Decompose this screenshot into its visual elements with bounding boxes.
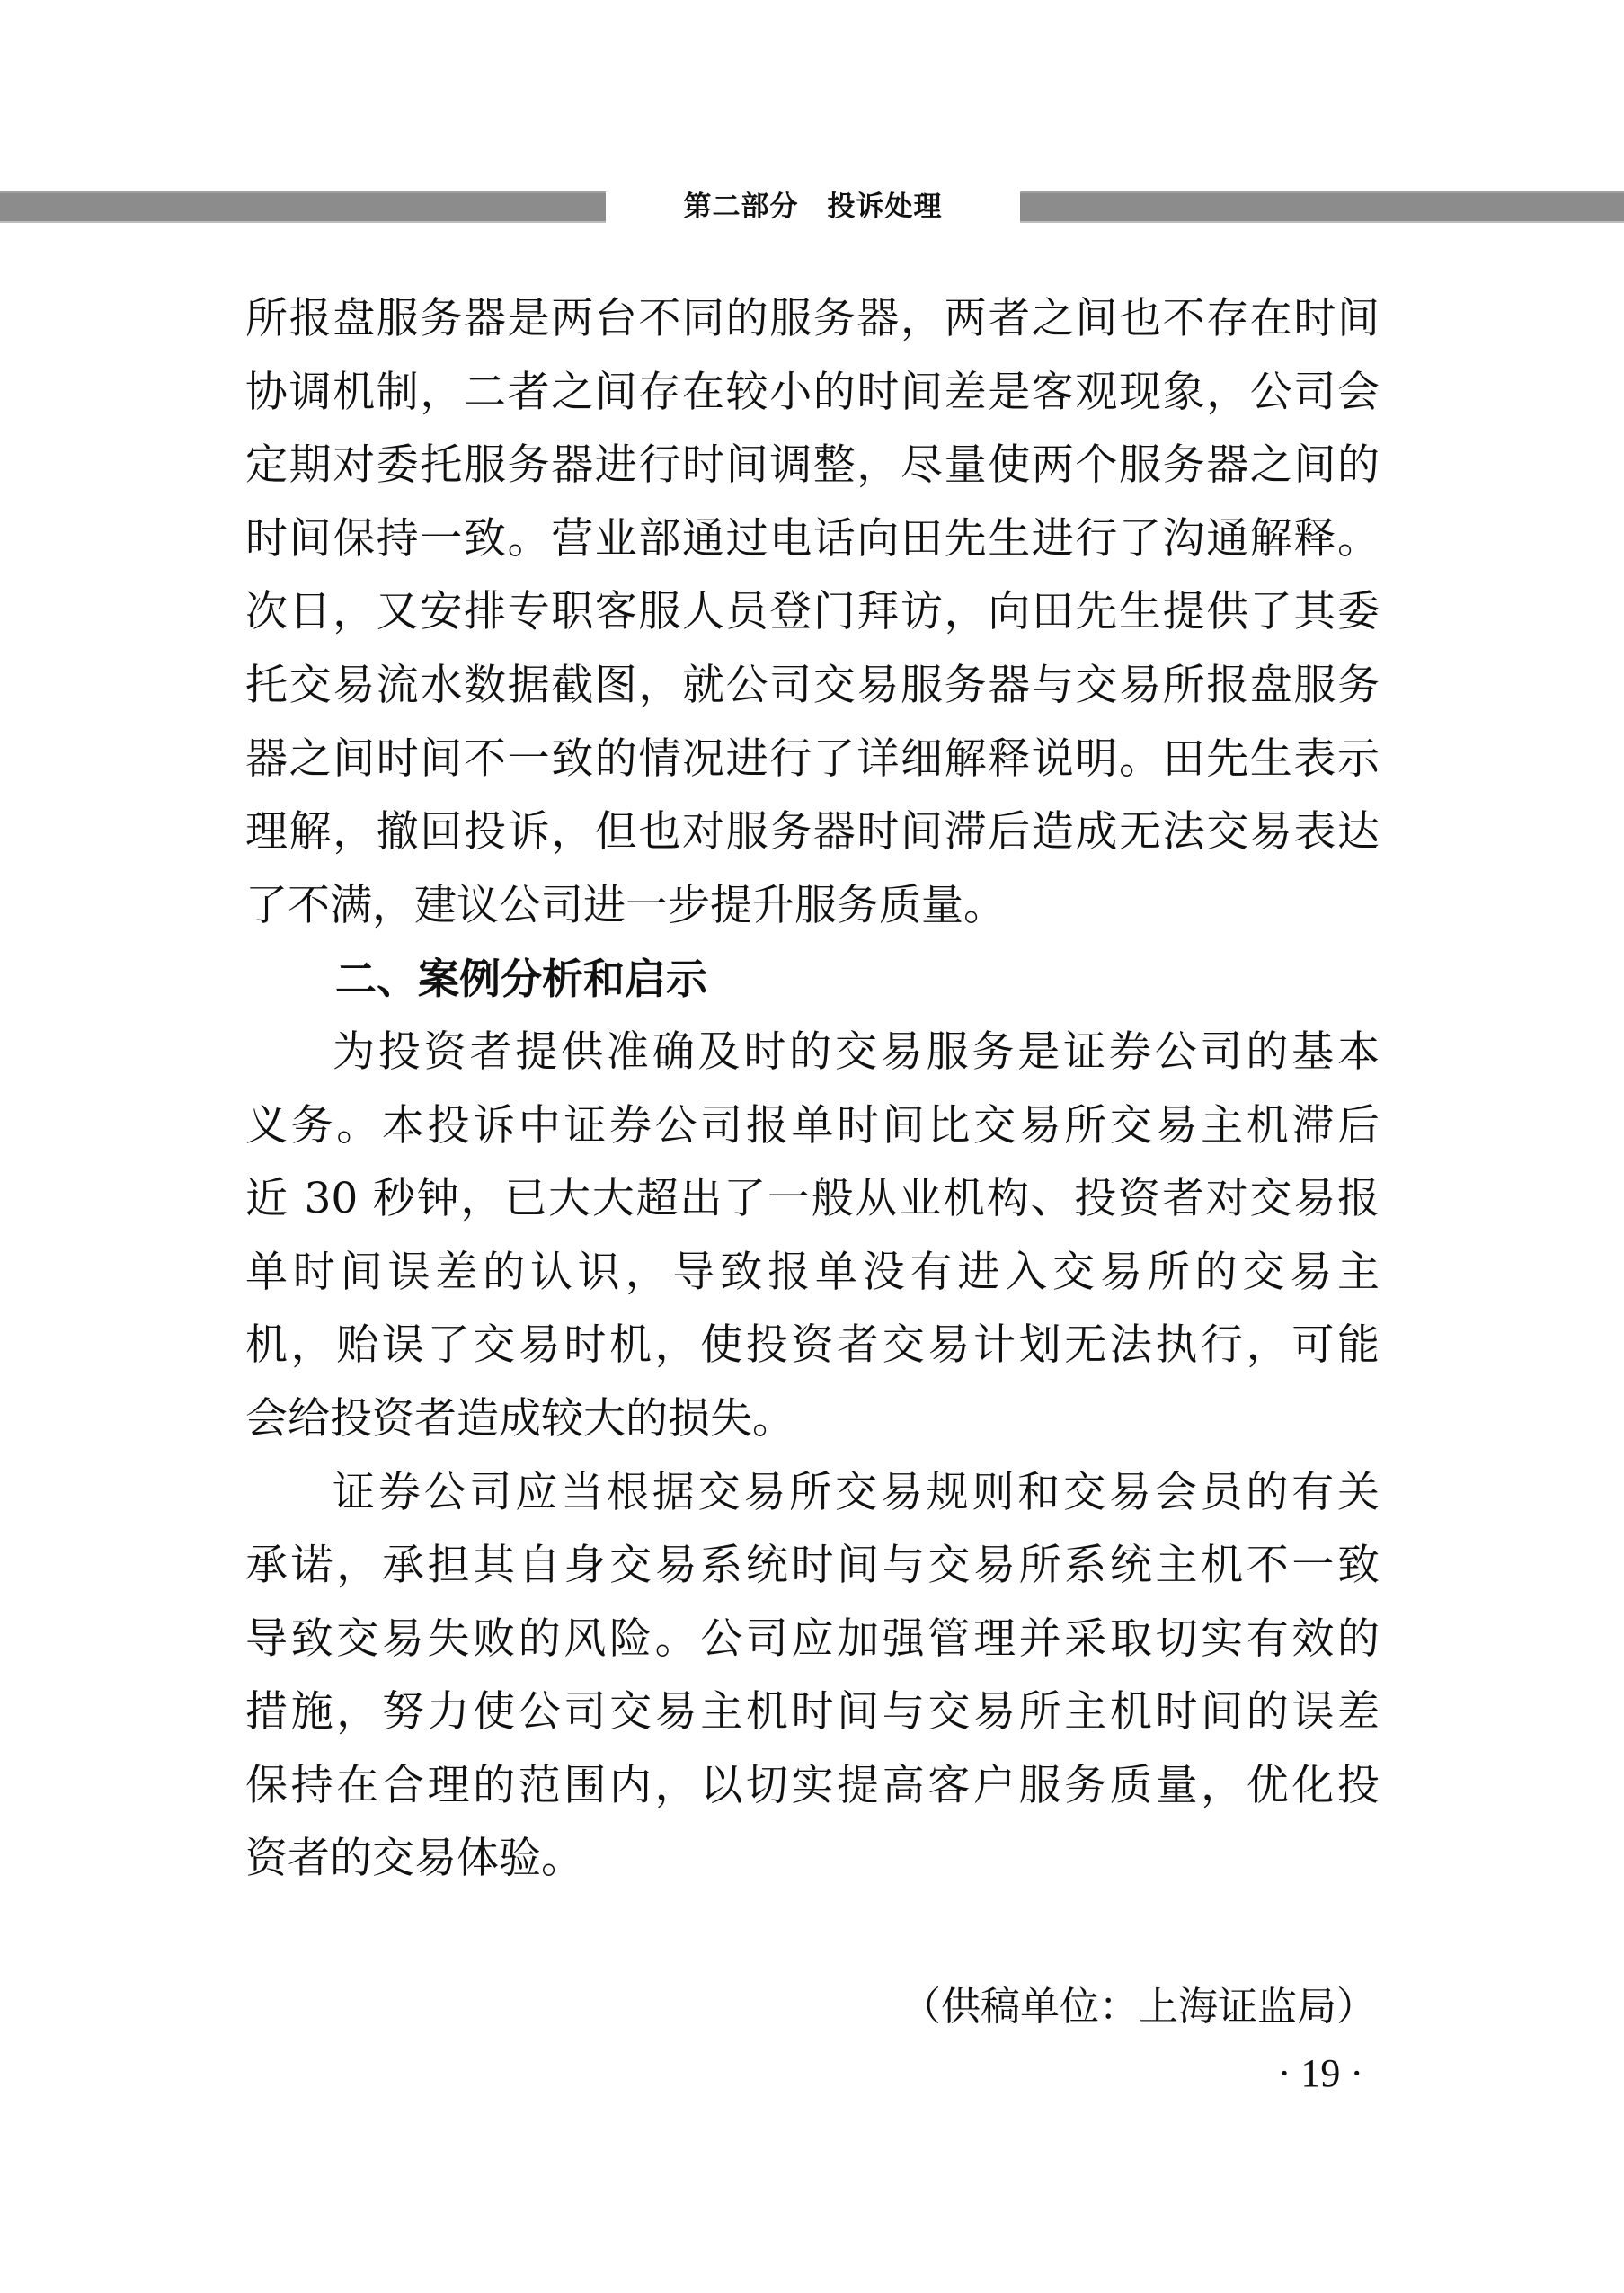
paragraph-line: 措施，努力使公司交易主机时间与交易所主机时间的误差: [245, 1683, 1380, 1756]
paragraph-line: 证券公司应当根据交易所交易规则和交易会员的有关: [245, 1463, 1380, 1537]
paragraph-line: 义务。本投诉中证券公司报单时间比交易所交易主机滞后: [245, 1097, 1380, 1170]
header-bar-left: [0, 191, 606, 223]
paragraph-line: 机，贻误了交易时机，使投资者交易计划无法执行，可能: [245, 1316, 1380, 1390]
paragraph-line: 导致交易失败的风险。公司应加强管理并采取切实有效的: [245, 1610, 1380, 1684]
paragraph-line: 器之间时间不一致的情况进行了详细解释说明。田先生表示: [245, 730, 1380, 804]
paragraph-line: 了不满，建议公司进一步提升服务质量。: [245, 876, 1380, 950]
paragraph-line: 托交易流水数据截图，就公司交易服务器与交易所报盘服务: [245, 656, 1380, 730]
paragraph-line: 协调机制，二者之间存在较小的时间差是客观现象，公司会: [245, 363, 1380, 437]
body-text: 所报盘服务器是两台不同的服务器，两者之间也不存在时间 协调机制，二者之间存在较小…: [245, 289, 1380, 1903]
paragraph-line: 为投资者提供准确及时的交易服务是证券公司的基本: [245, 1023, 1380, 1097]
paragraph-line: 次日，又安排专职客服人员登门拜访，向田先生提供了其委: [245, 582, 1380, 656]
paragraph-line: 单时间误差的认识，导致报单没有进入交易所的交易主: [245, 1243, 1380, 1317]
section-title: 第二部分 投诉处理: [606, 187, 1020, 227]
paragraph-line: 时间保持一致。营业部通过电话向田先生进行了沟通解释。: [245, 510, 1380, 583]
section-heading: 二、案例分析和启示: [245, 949, 1380, 1023]
paragraph-line: 理解，撤回投诉，但也对服务器时间滞后造成无法交易表达: [245, 803, 1380, 876]
paragraph-line: 承诺，承担其自身交易系统时间与交易所系统主机不一致: [245, 1536, 1380, 1610]
header-bar-right: [1020, 191, 1624, 223]
paragraph-line: 近 30 秒钟，已大大超出了一般从业机构、投资者对交易报: [245, 1169, 1380, 1243]
page-number: · 19 ·: [1278, 2049, 1363, 2098]
paragraph-line: 资者的交易体验。: [245, 1829, 1380, 1903]
paragraph-line: 保持在合理的范围内，以切实提高客户服务质量，优化投: [245, 1756, 1380, 1830]
paragraph-line: 所报盘服务器是两台不同的服务器，两者之间也不存在时间: [245, 289, 1380, 363]
paragraph-line: 定期对委托服务器进行时间调整，尽量使两个服务器之间的: [245, 436, 1380, 510]
paragraph-line: 会给投资者造成较大的损失。: [245, 1390, 1380, 1463]
source-attribution: （供稿单位：上海证监局）: [901, 1977, 1376, 2037]
